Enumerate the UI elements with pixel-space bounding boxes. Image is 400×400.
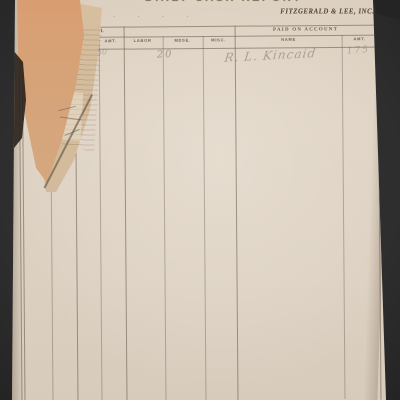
table-column-line [378,24,382,399]
table-column-line [163,36,167,400]
table-column-line [124,26,128,400]
scanned-document-photo: DAILY CASH REPORT 1 - 1934 . . . . FITZG… [0,0,400,400]
column-header-misc: MISC. [204,38,234,43]
table-column-line [203,36,207,400]
table-column-line [342,35,346,399]
column-header-mdse: MDSE. [168,38,198,43]
handwritten-customer-name: R. L. Kincaid [224,46,318,65]
column-header-name: NAME [274,37,304,42]
handwritten-paid-amount: 175 [346,45,370,57]
column-header-amt-2: AMT. [345,37,375,42]
table-column-line [99,37,103,400]
daily-cash-report-sheet: DAILY CASH REPORT 1 - 1934 . . . . FITZG… [0,0,400,400]
table-column-line [235,25,239,400]
column-header-labor: LABOR [128,38,158,43]
handwritten-mdse-amount: 20 [157,49,174,61]
group-header-paid-on-account: PAID ON ACCOUNT [262,25,349,31]
